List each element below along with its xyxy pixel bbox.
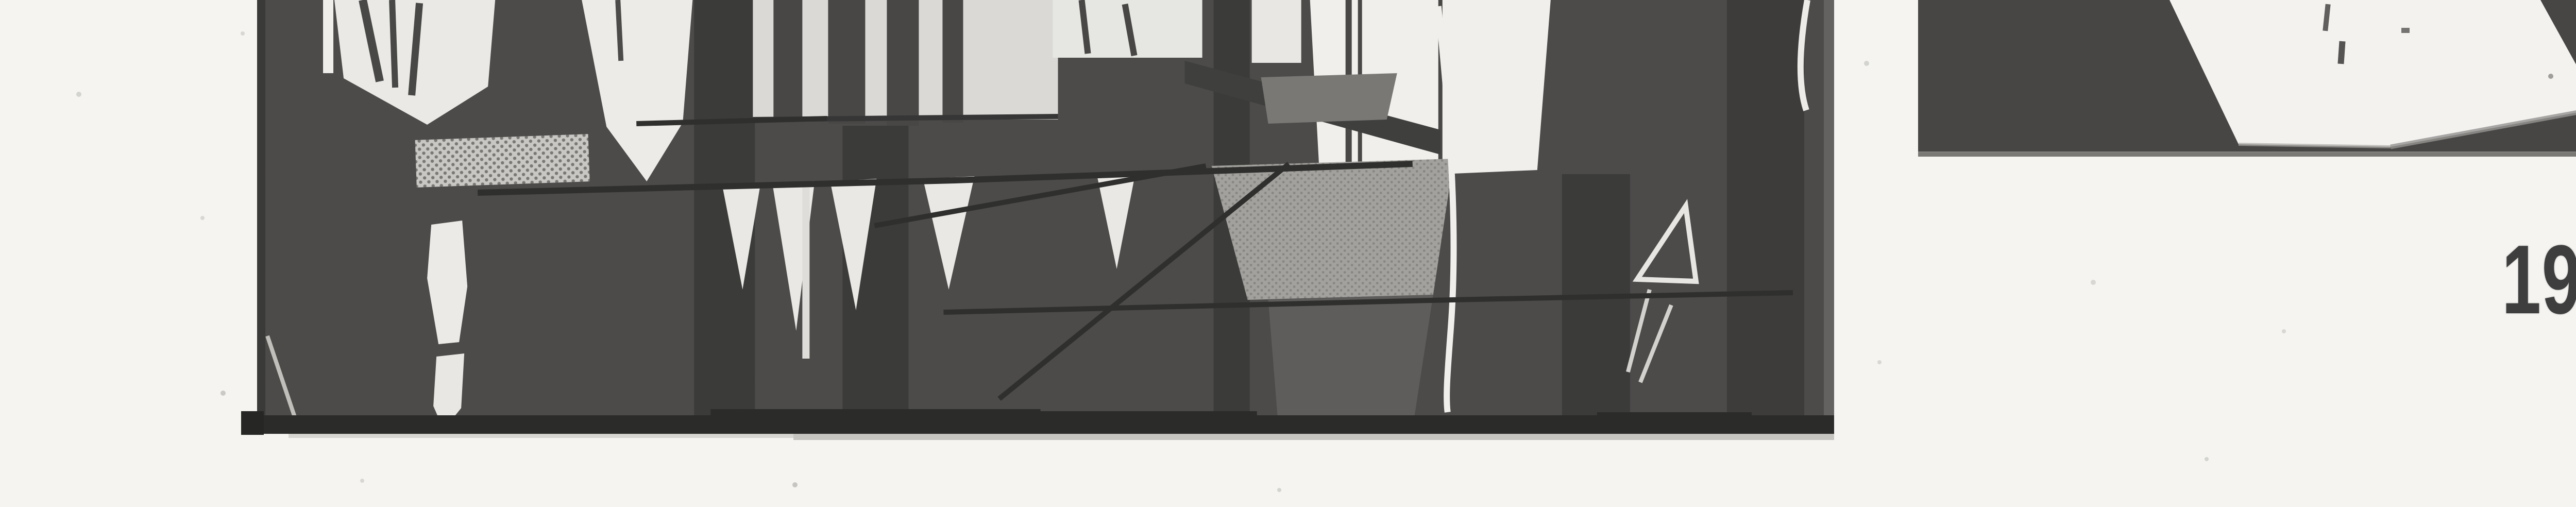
scan-noise-speckles xyxy=(0,0,3,3)
scanned-comic-page: 191 xyxy=(0,0,2576,507)
corner-noise-overlay xyxy=(1918,0,2576,153)
ink-nub xyxy=(241,411,264,435)
panel-crowd-legs xyxy=(257,0,1834,434)
scan-smear xyxy=(793,434,1834,440)
paper-sheet-artwork xyxy=(1918,0,2576,159)
scan-smear xyxy=(289,434,793,438)
panel-paper-sheet xyxy=(1918,0,2576,159)
page-number: 191 xyxy=(2502,231,2576,329)
halftone-noise-overlay xyxy=(257,0,1834,434)
crowd-legs-artwork xyxy=(257,0,1834,434)
